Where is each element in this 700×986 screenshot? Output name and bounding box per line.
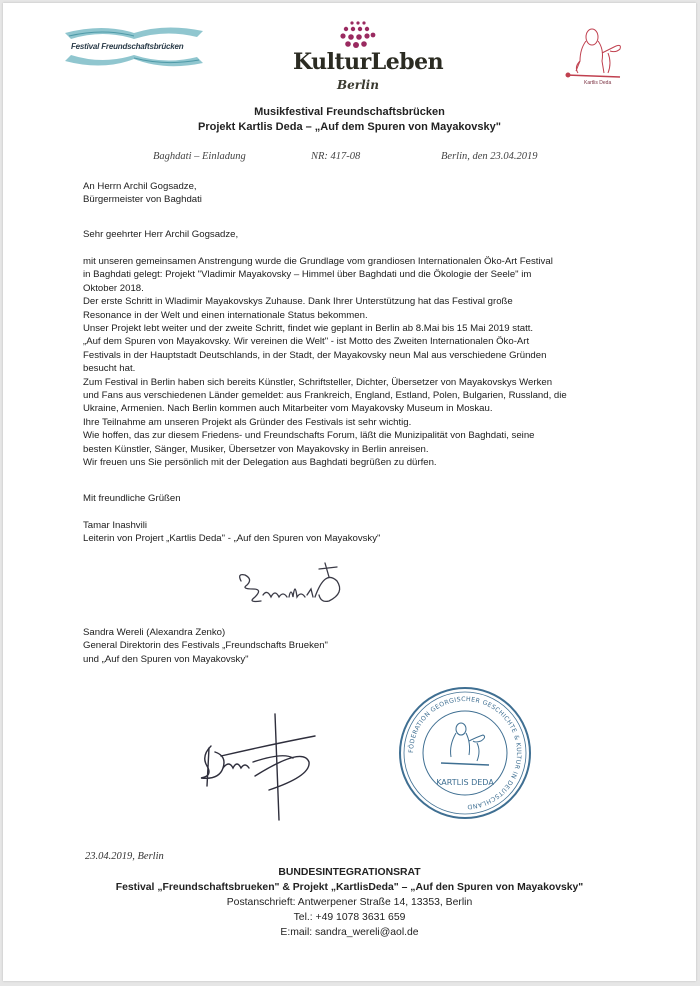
footer-org: BUNDESINTEGRATIONSRAT	[3, 867, 696, 878]
body-line: Der erste Schritt in Wladimir Mayakovsky…	[83, 295, 643, 308]
letter-subject: Baghdati – Einladung	[153, 151, 246, 162]
body-line: Ihre Teilnahme am unseren Projekt als Gr…	[83, 416, 643, 429]
signatory-2-name: Sandra Wereli (Alexandra Zenko)	[83, 626, 643, 639]
signatory-2: Sandra Wereli (Alexandra Zenko) General …	[83, 626, 643, 666]
body-line: in Baghdati gelegt: Projekt "Vladimir Ma…	[83, 268, 643, 281]
signatory-1-name: Tamar Inashvili	[83, 519, 643, 532]
signatory-2-title-2: und „Auf den Spuren von Mayakovsky"	[83, 653, 643, 666]
letter-number: NR: 417-08	[311, 151, 360, 162]
salutation: Sehr geehrter Herr Archil Gogsadze,	[83, 228, 643, 241]
signatory-1: Tamar Inashvili Leiterin von Projert „Ka…	[83, 519, 643, 546]
body-line: „Auf dem Spuren von Mayakovsky. Wir vere…	[83, 335, 643, 348]
stamp-ring-text: FÖDERATION GEORGISCHER GESCHICHTE & KULT…	[406, 696, 522, 810]
body-line: Ukraine, Armenien. Nach Berlin kommen au…	[83, 402, 643, 415]
body-line: besten Künstler, Sänger, Musiker, Überse…	[83, 443, 643, 456]
footer-email[interactable]: E:mail: sandra_wereli@aol.de	[3, 927, 696, 938]
svg-text:FÖDERATION GEORGISCHER GESCHIC: FÖDERATION GEORGISCHER GESCHICHTE & KULT…	[406, 696, 522, 810]
letter-page: Festival Freundschaftsbrücken KulturLebe…	[3, 3, 696, 981]
body-line: Festivals in der Hauptstadt Deutschlands…	[83, 349, 643, 362]
kulturleben-subtitle: Berlin	[293, 78, 423, 92]
dots-cluster-icon	[293, 19, 423, 49]
body-line: und Fans aus verschiedenen Länder gemeld…	[83, 389, 643, 402]
body-line: Wir freuen uns Sie persönlich mit der De…	[83, 456, 643, 469]
recipient-name: An Herrn Archil Gogsadze,	[83, 180, 643, 193]
footer-phone: Tel.: +49 1078 3631 659	[3, 912, 696, 923]
signatory-2-title: General Direktorin des Festivals „Freund…	[83, 639, 643, 652]
kartlis-deda-logo: Kartlis Deda	[556, 27, 636, 97]
stamp-center-text: KARTLIS DEDA	[436, 778, 494, 787]
footer-project: Festival „Freundschaftsbrueken" & Projek…	[3, 882, 696, 893]
kulturleben-logo: KulturLeben Berlin	[293, 19, 423, 99]
signature-wereli-icon	[193, 706, 323, 821]
body-line: Resonance in der Welt und einen internat…	[83, 309, 643, 322]
festival-logo: Festival Freundschaftsbrücken	[63, 25, 205, 69]
festival-logo-text: Festival Freundschaftsbrücken	[71, 42, 183, 51]
letter-body: mit unseren gemeinsamen Anstrengung wurd…	[83, 255, 643, 470]
recipient-title: Bürgermeister von Baghdati	[83, 193, 643, 206]
body-line: Unser Projekt lebt weiter und der zweite…	[83, 322, 643, 335]
body-line: Zum Festival in Berlin haben sich bereit…	[83, 376, 643, 389]
recipient-block: An Herrn Archil Gogsadze, Bürgermeister …	[83, 180, 643, 207]
body-line: Wie hoffen, das zur diesem Friedens- und…	[83, 429, 643, 442]
footer-address: Postanschrieft: Antwerpener Straße 14, 1…	[3, 897, 696, 908]
body-line: besucht hat.	[83, 362, 643, 375]
signature-inashvili-icon	[233, 559, 353, 619]
heading-festival: Musikfestival Freundschaftsbrücken	[3, 106, 696, 118]
official-stamp-icon: FÖDERATION GEORGISCHER GESCHICHTE & KULT…	[397, 685, 533, 821]
body-line: mit unseren gemeinsamen Anstrengung wurd…	[83, 255, 643, 268]
letter-date: Berlin, den 23.04.2019	[441, 151, 538, 162]
mother-statue-icon	[556, 27, 636, 97]
footer-date: 23.04.2019, Berlin	[85, 851, 164, 862]
heading-project: Projekt Kartlis Deda – „Auf dem Spuren v…	[3, 121, 696, 133]
kartlis-deda-logo-text: Kartlis Deda	[584, 80, 611, 86]
closing: Mit freundliche Grüßen	[83, 492, 643, 505]
signatory-1-title: Leiterin von Projert „Kartlis Deda" - „A…	[83, 532, 643, 545]
kulturleben-title: KulturLeben	[293, 49, 423, 75]
body-line: Oktober 2018.	[83, 282, 643, 295]
